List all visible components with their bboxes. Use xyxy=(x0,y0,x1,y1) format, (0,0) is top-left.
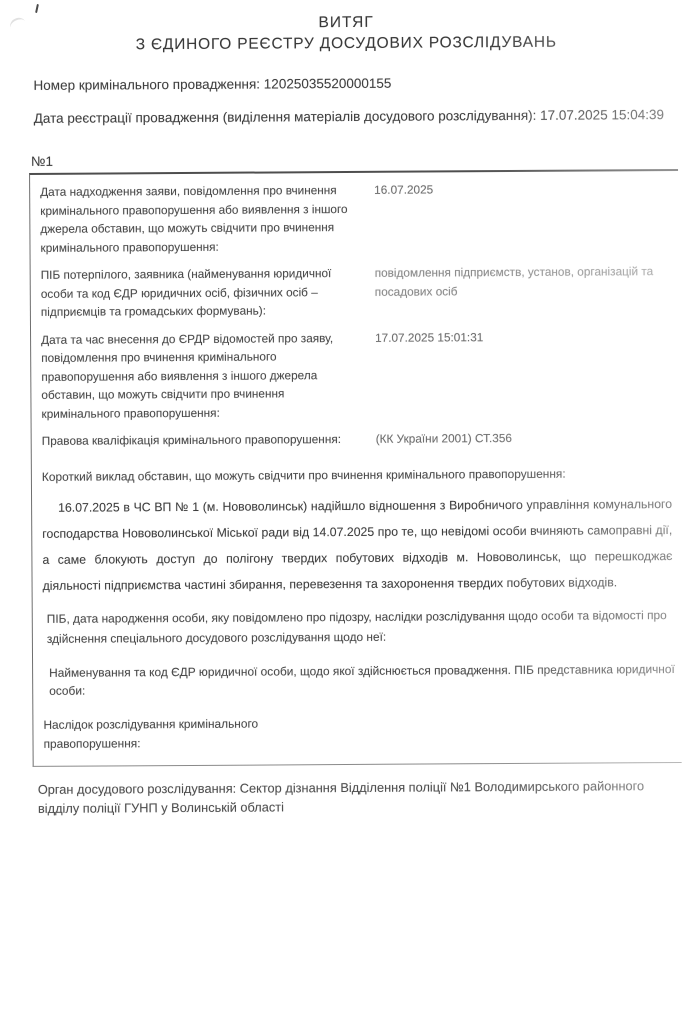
row-value-victim-applicant: повідомлення підприємств, установ, орган… xyxy=(375,262,673,319)
row-value-erdr-entry-datetime: 17.07.2025 15:01:31 xyxy=(375,327,674,421)
summary-heading: Короткий виклад обставин, що можуть свід… xyxy=(42,464,662,486)
row-label-erdr-entry-datetime: Дата та час внесення до ЄРДР відомостей … xyxy=(41,328,360,422)
scanned-document-page: ВИТЯГ З ЄДИНОГО РЕЄСТРУ ДОСУДОВИХ РОЗСЛІ… xyxy=(0,0,692,1024)
summary-text: 16.07.2025 в ЧС ВП № 1 (м. Нововолинськ)… xyxy=(42,491,675,599)
row-value-legal-qualification: (КК України 2001) СТ.356 xyxy=(376,428,674,448)
row-label-legal-qualification: Правова кваліфікація кримінального право… xyxy=(42,430,360,450)
title-line-2: З ЄДИНОГО РЕЄСТРУ ДОСУДОВИХ РОЗСЛІДУВАНЬ xyxy=(0,31,692,57)
legal-entity-heading: Найменування та код ЄДР юридичної особи,… xyxy=(43,660,675,700)
details-table: Дата надходження заяви, повідомлення про… xyxy=(29,169,682,766)
table-row: ПІБ потерпілого, заявника (найменування … xyxy=(41,262,673,321)
document-title: ВИТЯГ З ЄДИНОГО РЕЄСТРУ ДОСУДОВИХ РОЗСЛІ… xyxy=(0,10,692,57)
registration-date-line: Дата реєстрації провадження (виділення м… xyxy=(1,106,666,128)
investigation-body-line: Орган досудового розслідування: Сектор д… xyxy=(5,775,686,817)
suspect-heading: ПІБ, дата народження особи, яку повідомл… xyxy=(43,605,675,649)
table-row: Правова кваліфікація кримінального право… xyxy=(42,428,674,450)
row-label-victim-applicant: ПІБ потерпілого, заявника (найменування … xyxy=(41,264,359,321)
row-label-incoming-date: Дата надходження заяви, повідомлення про… xyxy=(40,181,358,257)
case-number-line: Номер кримінального провадження: 1202503… xyxy=(0,73,692,95)
table-row: Дата та час внесення до ЄРДР відомостей … xyxy=(41,327,674,423)
table-row: Дата надходження заяви, повідомлення про… xyxy=(40,179,672,257)
record-number: №1 xyxy=(1,150,692,169)
outcome-heading: Наслідок розслідування кримінального пра… xyxy=(43,714,305,754)
row-value-incoming-date: 16.07.2025 xyxy=(374,179,672,255)
document-body: ВИТЯГ З ЄДИНОГО РЕЄСТРУ ДОСУДОВИХ РОЗСЛІ… xyxy=(0,0,692,818)
